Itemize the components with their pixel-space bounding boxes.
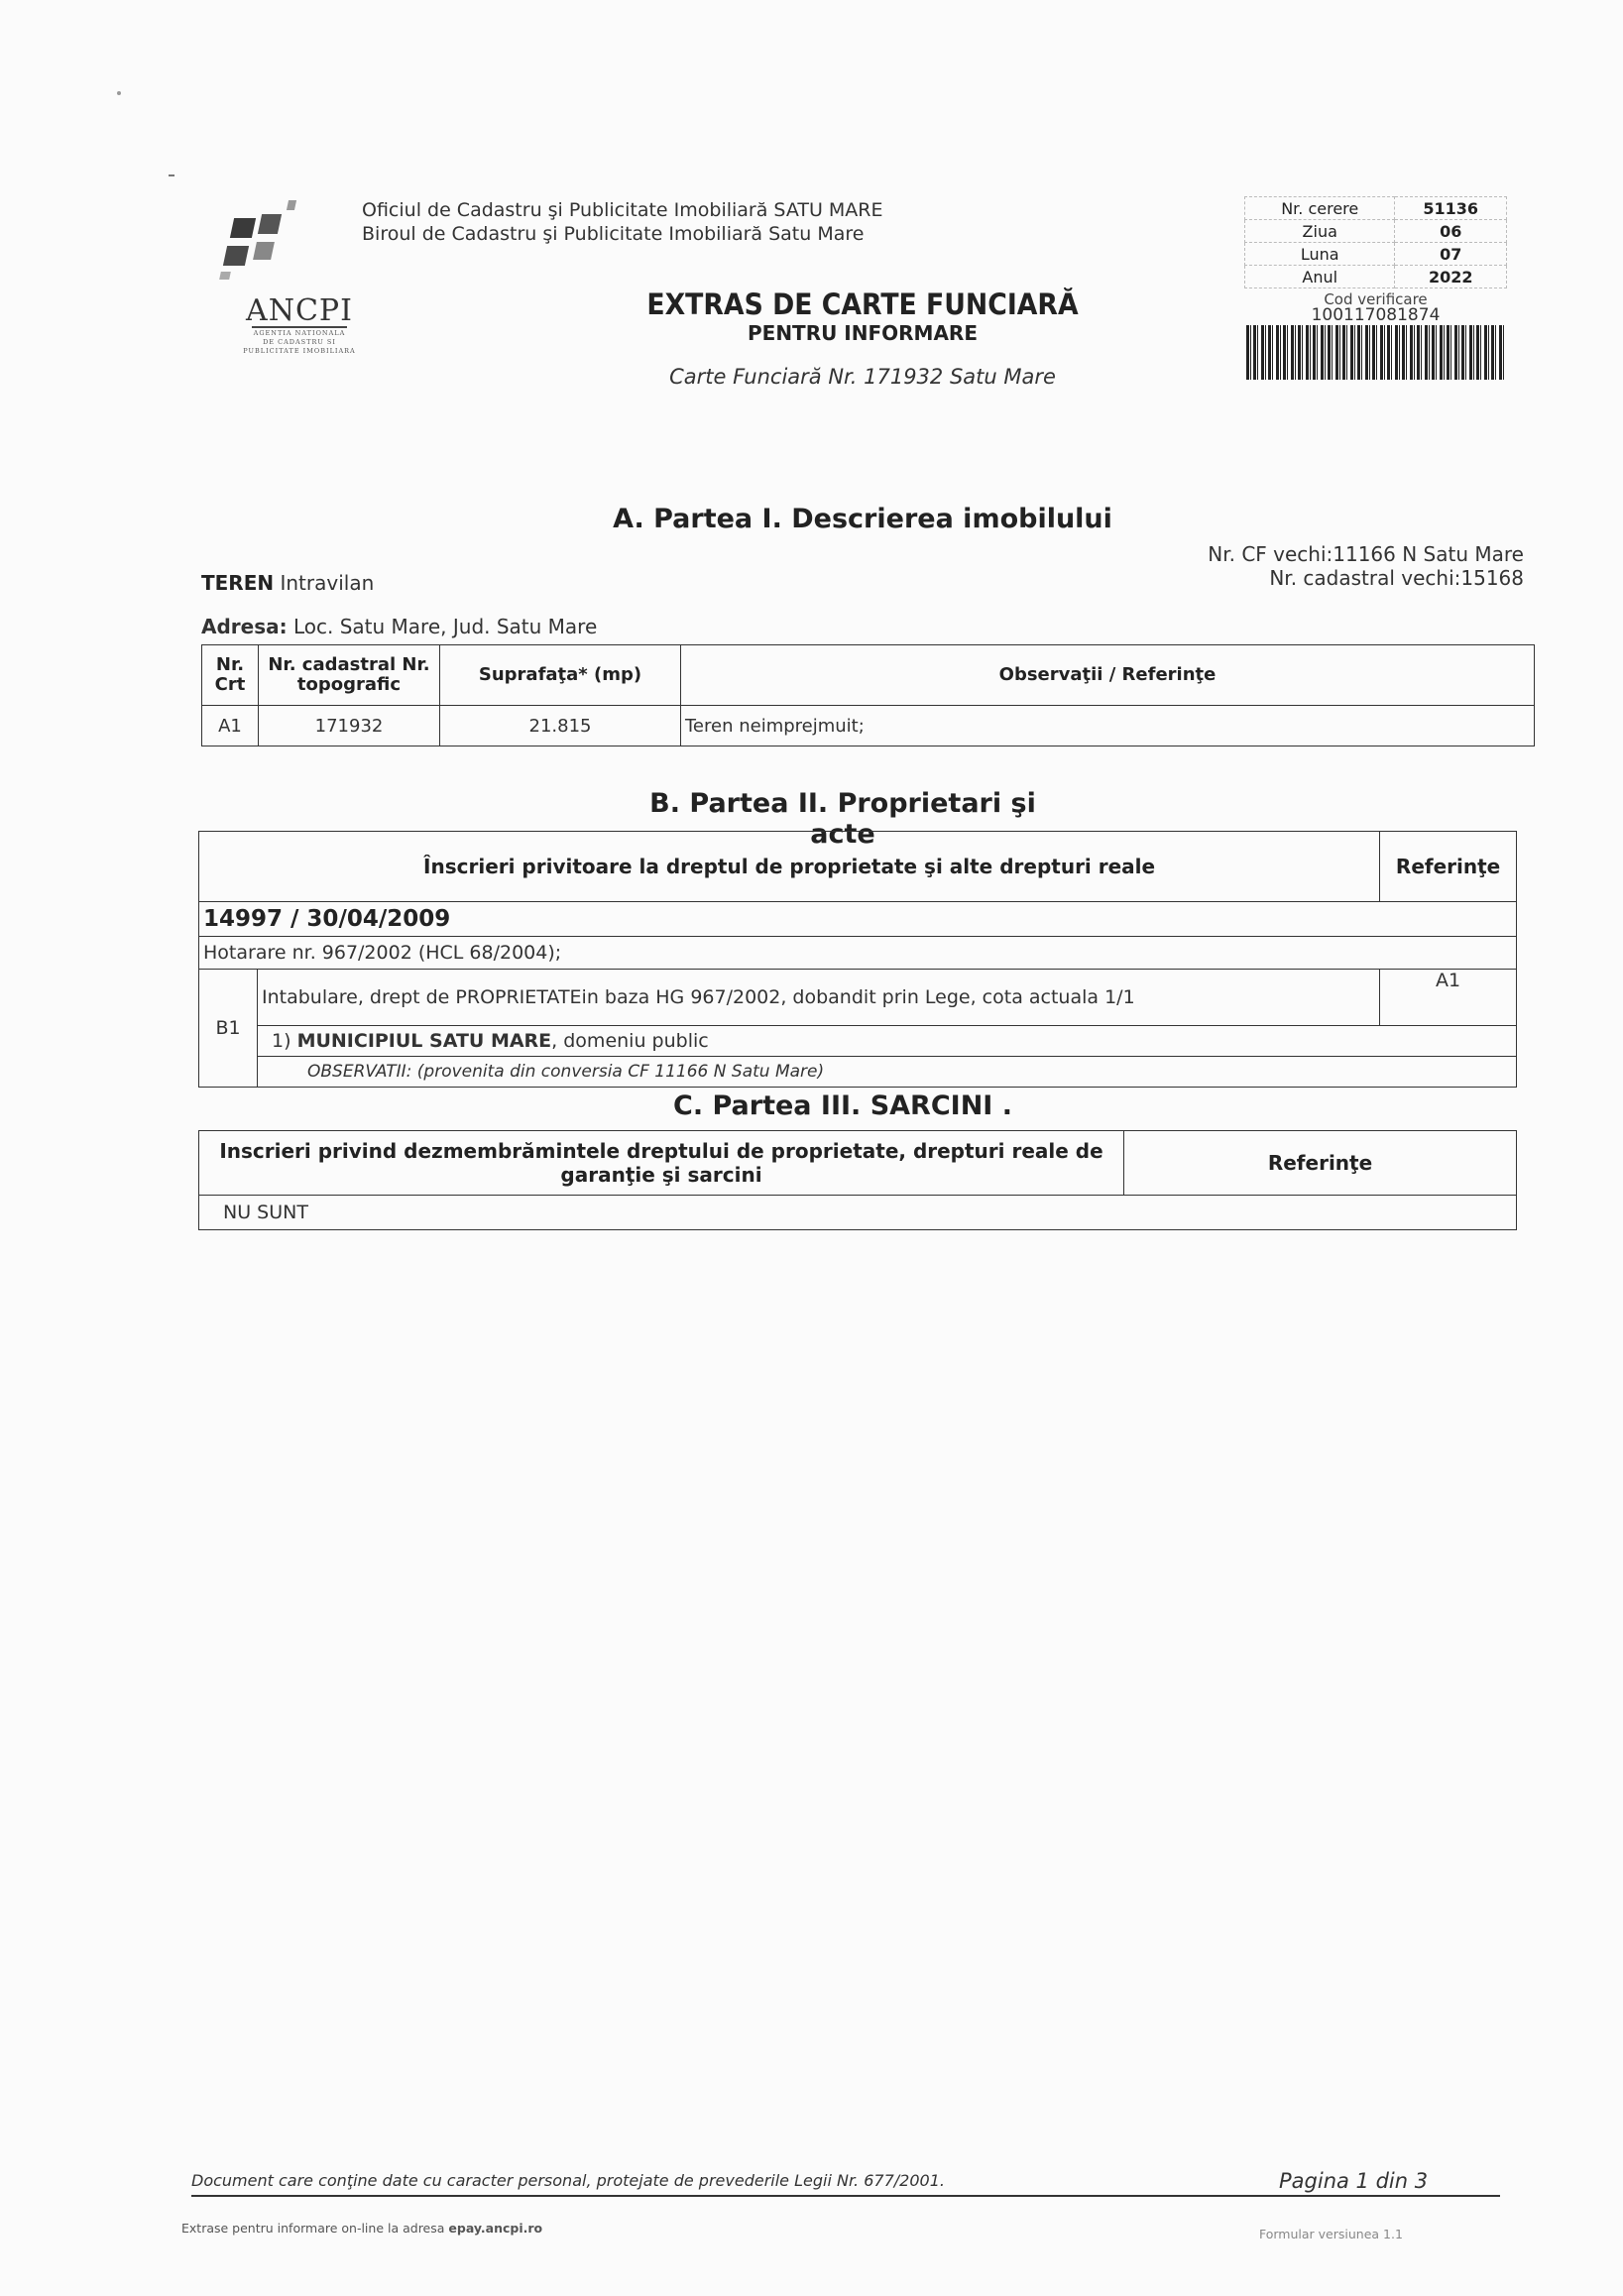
scan-speck (117, 91, 121, 95)
epay-link[interactable]: epay.ancpi.ro (448, 2221, 542, 2236)
encumbrances-value: NU SUNT (199, 1196, 1517, 1230)
owner: 1) MUNICIPIUL SATU MARE, domeniu public (258, 1026, 1517, 1057)
cf-number: Carte Funciară Nr. 171932 Satu Mare (595, 365, 1130, 389)
page-number: Pagina 1 din 3 (1279, 2169, 1428, 2193)
request-info: Nr. cerere51136 Ziua06 Luna07 Anul2022 C… (1244, 196, 1507, 380)
privacy-note: Document care conţine date cu caracter p… (191, 2171, 945, 2190)
owners-table: Înscrieri privitoare la dreptul de propr… (198, 831, 1517, 1088)
property-description-table: Nr. Crt Nr. cadastral Nr. topografic Sup… (201, 644, 1535, 746)
online-extracts-note: Extrase pentru informare on-line la adre… (181, 2221, 542, 2236)
office-line-1: Oficiul de Cadastru şi Publicitate Imobi… (362, 198, 883, 222)
entry-date: 14997 / 30/04/2009 (199, 902, 1517, 937)
logo-text: ANCPI (210, 293, 389, 328)
observations: OBSERVATII: (provenita din conversia CF … (258, 1057, 1517, 1088)
footer-divider (191, 2195, 1500, 2197)
table-row: A1 171932 21.815 Teren neimprejmuit; (202, 706, 1535, 746)
request-row: Anul2022 (1245, 266, 1507, 288)
old-cadastral: Nr. cadastral vechi:15168 (1208, 566, 1524, 590)
entry-ref: A1 (1380, 970, 1517, 1026)
old-references: Nr. CF vechi:11166 N Satu Mare Nr. cadas… (1208, 542, 1524, 590)
barcode-icon (1246, 325, 1505, 380)
section-a-title: A. Partea I. Descrierea imobilului (595, 504, 1130, 534)
office-line-2: Biroul de Cadastru şi Publicitate Imobil… (362, 222, 883, 246)
form-version: Formular versiunea 1.1 (1259, 2227, 1403, 2241)
office-names: Oficiul de Cadastru şi Publicitate Imobi… (362, 198, 883, 246)
verification-code: 100117081874 (1244, 308, 1507, 323)
request-row: Luna07 (1245, 243, 1507, 266)
logo-subtitle: AGENTIA NATIONALA DE CADASTRU SI PUBLICI… (210, 329, 389, 356)
address: Adresa: Loc. Satu Mare, Jud. Satu Mare (201, 615, 597, 638)
land-type: TEREN Intravilan (201, 571, 374, 595)
entry-id: B1 (199, 970, 258, 1088)
document-title-block: EXTRAS DE CARTE FUNCIARĂ PENTRU INFORMAR… (595, 287, 1130, 389)
entry-text: Intabulare, drept de PROPRIETATEin baza … (258, 970, 1380, 1026)
document-subtitle: PENTRU INFORMARE (595, 321, 1130, 345)
request-row: Ziua06 (1245, 220, 1507, 243)
legal-act: Hotarare nr. 967/2002 (HCL 68/2004); (199, 937, 1517, 970)
encumbrances-table: Inscrieri privind dezmembrămintele drept… (198, 1130, 1517, 1230)
old-cf: Nr. CF vechi:11166 N Satu Mare (1208, 542, 1524, 566)
section-c-title: C. Partea III. SARCINI . (635, 1091, 1051, 1121)
request-row: Nr. cerere51136 (1245, 197, 1507, 220)
document-title: EXTRAS DE CARTE FUNCIARĂ (617, 287, 1109, 321)
scan-mark (169, 174, 174, 176)
